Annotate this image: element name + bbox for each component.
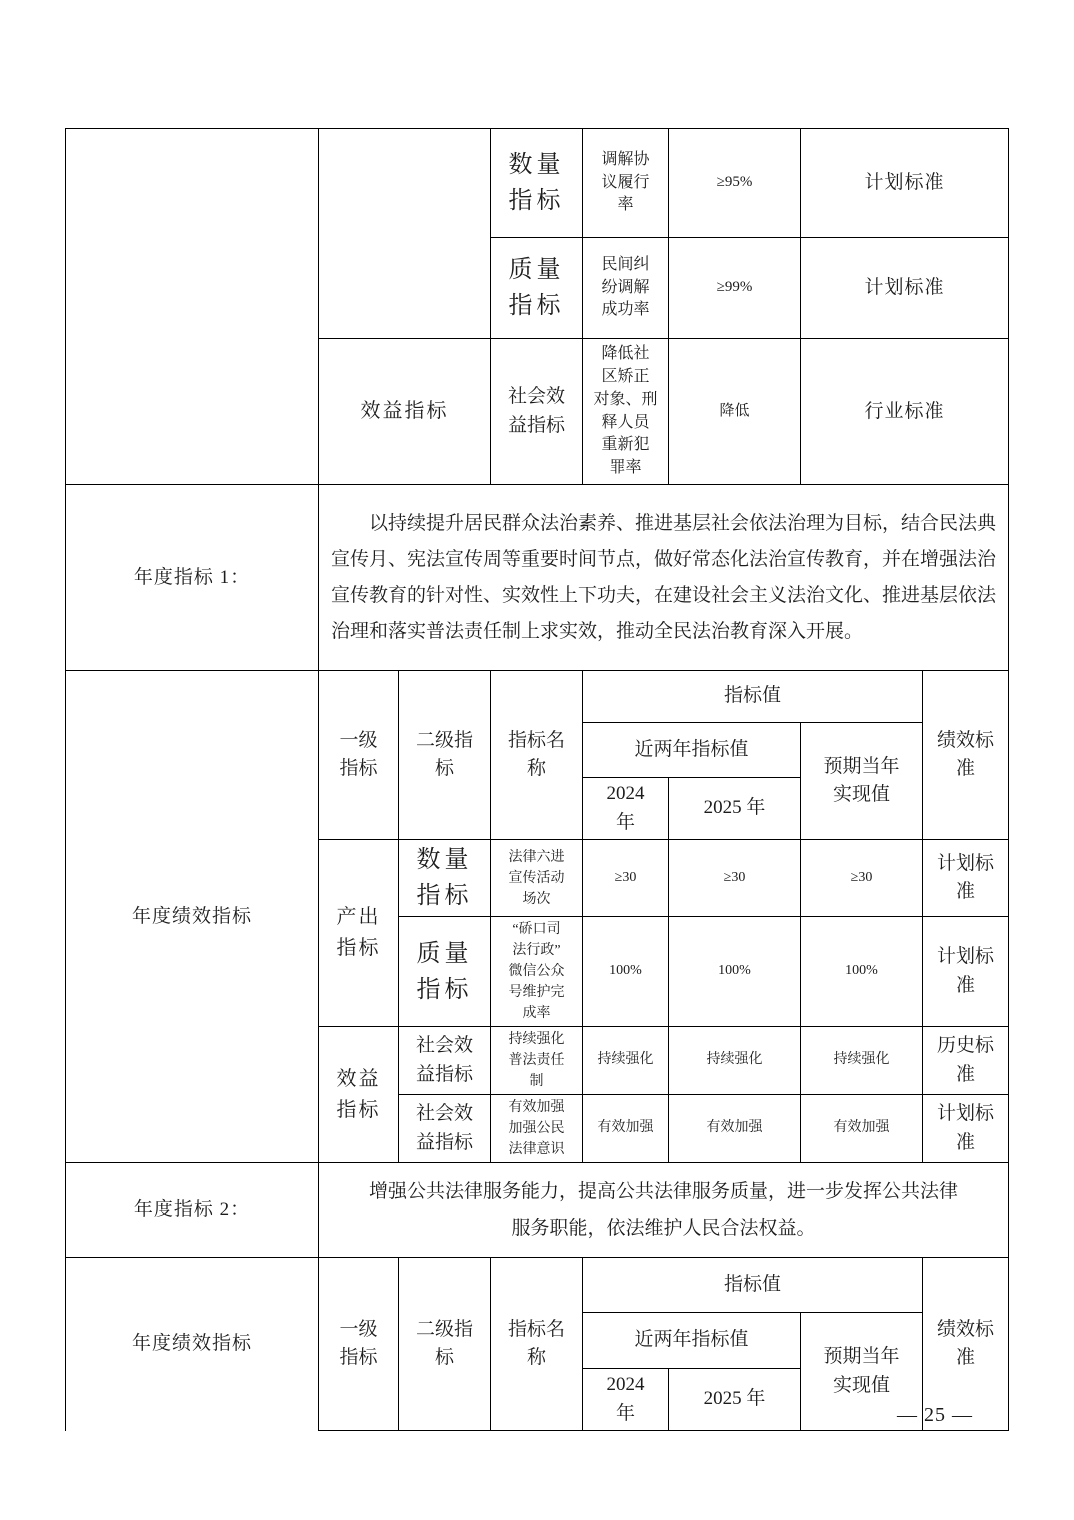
indicator-name-cell: “硚口司 法行政” 微信公众 号维护完 成率: [491, 917, 583, 1027]
indicator-name-cell: 法律六进 宣传活动 场次: [491, 840, 583, 917]
header-level2-cell: 二级指 标: [399, 671, 491, 840]
annual-target-1-label: 年度指标 1：: [66, 485, 319, 671]
value-expected-cell: 100%: [801, 917, 923, 1027]
header-expected-cell: 预期当年 实现值: [801, 723, 923, 840]
indicator-name-cell: 降低社 区矫正 对象、刑 释人员 重新犯 罪率: [583, 339, 669, 485]
table-row: 年度指标 1： 以持续提升居民群众法治素养、推进基层社会依法治理为目标，结合民法…: [66, 485, 1009, 671]
secondary-indicator-cell: 社会效 益指标: [399, 1095, 491, 1163]
value-2024-cell: 持续强化: [583, 1027, 669, 1095]
indicator-name-cell: 调解协 议履行 率: [583, 129, 669, 238]
value-2024-cell: 有效加强: [583, 1095, 669, 1163]
carryover-primary-merged-cell: [319, 129, 491, 339]
header-standard-cell: 绩效标 准: [923, 671, 1009, 840]
indicator-name-cell: 有效加强 加强公民 法律意识: [491, 1095, 583, 1163]
indicator-name-cell: 民间纠 纷调解 成功率: [583, 238, 669, 339]
performance-indicator-table: 数量 指标 调解协 议履行 率 ≥95% 计划标准 质量 指标 民间纠 纷调解 …: [65, 128, 1009, 1431]
table-row: 年度绩效指标 一级 指标 二级指 标 指标名 称 指标值 绩效标 准: [66, 671, 1009, 723]
value-2024-cell: ≥30: [583, 840, 669, 917]
table-row: 年度指标 2： 增强公共法律服务能力，提高公共法律服务质量，进一步发挥公共法律 …: [66, 1163, 1009, 1258]
header-value-group-cell: 指标值: [583, 1258, 923, 1313]
header-name-cell: 指标名 称: [491, 1258, 583, 1431]
value-2025-cell: 有效加强: [669, 1095, 801, 1163]
standard-cell: 计划标 准: [923, 917, 1009, 1027]
indicator-name-cell: 持续强化 普法责任 制: [491, 1027, 583, 1095]
standard-cell: 计划标 准: [923, 840, 1009, 917]
standard-cell: 历史标 准: [923, 1027, 1009, 1095]
annual-target-2-label: 年度指标 2：: [66, 1163, 319, 1258]
secondary-indicator-cell: 质量 指标: [491, 238, 583, 339]
indicator-value-cell: ≥99%: [669, 238, 801, 339]
table-row: 数量 指标 调解协 议履行 率 ≥95% 计划标准: [66, 129, 1009, 238]
primary-indicator-cell: 产出 指标: [319, 840, 399, 1027]
page-number: — 25 —: [860, 1404, 1010, 1427]
secondary-indicator-cell: 数量 指标: [399, 840, 491, 917]
header-name-cell: 指标名 称: [491, 671, 583, 840]
header-year-2024-cell: 2024 年: [583, 1369, 669, 1431]
header-recent-years-cell: 近两年指标值: [583, 723, 801, 778]
value-expected-cell: 持续强化: [801, 1027, 923, 1095]
standard-cell: 计划标准: [801, 129, 1009, 238]
header-level1-cell: 一级 指标: [319, 671, 399, 840]
secondary-indicator-cell: 质量 指标: [399, 917, 491, 1027]
value-expected-cell: ≥30: [801, 840, 923, 917]
primary-indicator-cell: 效益 指标: [319, 1027, 399, 1163]
carryover-left-merged-cell: [66, 129, 319, 485]
indicator-value-cell: ≥95%: [669, 129, 801, 238]
value-2025-cell: ≥30: [669, 840, 801, 917]
header-level2-cell: 二级指 标: [399, 1258, 491, 1431]
secondary-indicator-cell: 数量 指标: [491, 129, 583, 238]
standard-cell: 计划标准: [801, 238, 1009, 339]
header-level1-cell: 一级 指标: [319, 1258, 399, 1431]
annual-target-2-text: 增强公共法律服务能力，提高公共法律服务质量，进一步发挥公共法律 服务职能，依法维…: [319, 1163, 1009, 1258]
standard-cell: 计划标 准: [923, 1095, 1009, 1163]
perf-table-1-row-label: 年度绩效指标: [66, 671, 319, 1163]
perf-table-2-row-label: 年度绩效指标: [66, 1258, 319, 1431]
value-2024-cell: 100%: [583, 917, 669, 1027]
indicator-value-cell: 降低: [669, 339, 801, 485]
header-recent-years-cell: 近两年指标值: [583, 1313, 801, 1369]
value-2025-cell: 100%: [669, 917, 801, 1027]
table-row: 年度绩效指标 一级 指标 二级指 标 指标名 称 指标值 绩效标 准: [66, 1258, 1009, 1313]
document-page: 数量 指标 调解协 议履行 率 ≥95% 计划标准 质量 指标 民间纠 纷调解 …: [0, 0, 1074, 1520]
header-year-2025-cell: 2025 年: [669, 778, 801, 840]
value-expected-cell: 有效加强: [801, 1095, 923, 1163]
header-year-2025-cell: 2025 年: [669, 1369, 801, 1431]
value-2025-cell: 持续强化: [669, 1027, 801, 1095]
secondary-indicator-cell: 社会效 益指标: [399, 1027, 491, 1095]
secondary-indicator-cell: 社会效 益指标: [491, 339, 583, 485]
header-value-group-cell: 指标值: [583, 671, 923, 723]
standard-cell: 行业标准: [801, 339, 1009, 485]
annual-target-1-text: 以持续提升居民群众法治素养、推进基层社会依法治理为目标，结合民法典宣传月、宪法宣…: [319, 485, 1009, 671]
primary-indicator-cell: 效益指标: [319, 339, 491, 485]
header-year-2024-cell: 2024 年: [583, 778, 669, 840]
